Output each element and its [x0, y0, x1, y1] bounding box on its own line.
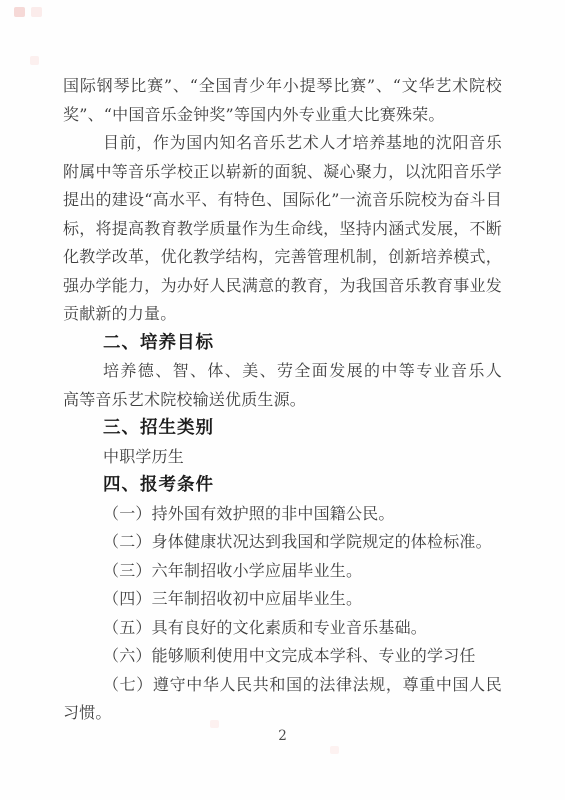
text-line: （六）能够顺利使用中文完成本学科、专业的学习任务。 — [63, 642, 502, 671]
text-line: 高等音乐艺术院校输送优质生源。 — [63, 386, 502, 415]
text-line: 提出的建设“高水平、有特色、国际化”一流音乐院校为奋斗目 — [63, 186, 502, 215]
text-line: 贡献新的力量。 — [63, 300, 502, 329]
text-line: 奖”、“中国音乐金钟奖”等国内外专业重大比赛殊荣。 — [63, 101, 502, 130]
section-heading: 二、培养目标 — [63, 329, 502, 358]
corner-stain — [31, 7, 42, 17]
text-line: 附属中等音乐学校正以崭新的面貌、凝心聚力，以沈阳音乐学院 — [63, 158, 502, 187]
section-heading: 三、招生类别 — [63, 414, 502, 443]
corner-stain — [30, 56, 39, 65]
text-line: 目前，作为国内知名音乐艺术人才培养基地的沈阳音乐学院 — [63, 129, 502, 158]
corner-stain — [14, 7, 25, 17]
text-line: 习惯。 — [63, 699, 502, 728]
paragraph: 培养德、智、体、美、劳全面发展的中等专业音乐人才，为高等音乐艺术院校输送优质生源… — [63, 357, 502, 414]
text-line: （一）持外国有效护照的非中国籍公民。 — [63, 500, 502, 529]
text-line: （三）六年制招收小学应届毕业生。 — [63, 557, 502, 586]
document-page: 国际钢琴比赛”、“全国青少年小提琴比赛”、“文华艺术院校奖”、“中国音乐金钟奖”… — [0, 0, 565, 800]
text-line: （四）三年制招收初中应届毕业生。 — [63, 585, 502, 614]
text-line: （七）遵守中华人民共和国的法律法规，尊重中国人民风俗 — [63, 671, 502, 700]
paragraph: （三）六年制招收小学应届毕业生。 — [63, 557, 502, 586]
text-line: 培养德、智、体、美、劳全面发展的中等专业音乐人才，为 — [63, 357, 502, 386]
scan-noise — [330, 746, 339, 754]
paragraph: 中职学历生 — [63, 443, 502, 472]
text-line: 中职学历生 — [63, 443, 502, 472]
document-body: 国际钢琴比赛”、“全国青少年小提琴比赛”、“文华艺术院校奖”、“中国音乐金钟奖”… — [63, 72, 502, 728]
text-line: 标，将提高教育教学质量作为生命线，坚持内涵式发展，不断深 — [63, 215, 502, 244]
paragraph: （一）持外国有效护照的非中国籍公民。 — [63, 500, 502, 529]
paragraph: （六）能够顺利使用中文完成本学科、专业的学习任务。 — [63, 642, 502, 671]
paragraph: （五）具有良好的文化素质和专业音乐基础。 — [63, 614, 502, 643]
paragraph: （二）身体健康状况达到我国和学院规定的体检标准。 — [63, 528, 502, 557]
text-line: （二）身体健康状况达到我国和学院规定的体检标准。 — [63, 528, 502, 557]
text-line: （五）具有良好的文化素质和专业音乐基础。 — [63, 614, 502, 643]
text-line: 国际钢琴比赛”、“全国青少年小提琴比赛”、“文华艺术院校 — [63, 72, 502, 101]
section-heading: 四、报考条件 — [63, 471, 502, 500]
paragraph: 国际钢琴比赛”、“全国青少年小提琴比赛”、“文华艺术院校奖”、“中国音乐金钟奖”… — [63, 72, 502, 129]
paragraph: 目前，作为国内知名音乐艺术人才培养基地的沈阳音乐学院附属中等音乐学校正以崭新的面… — [63, 129, 502, 329]
paragraph: （七）遵守中华人民共和国的法律法规，尊重中国人民风俗习惯。 — [63, 671, 502, 728]
paragraph: （四）三年制招收初中应届毕业生。 — [63, 585, 502, 614]
page-number: 2 — [0, 728, 565, 744]
text-line: 化教学改革，优化教学结构，完善管理机制，创新培养模式，增 — [63, 243, 502, 272]
text-line: 强办学能力，为办好人民满意的教育，为我国音乐教育事业发展 — [63, 272, 502, 301]
